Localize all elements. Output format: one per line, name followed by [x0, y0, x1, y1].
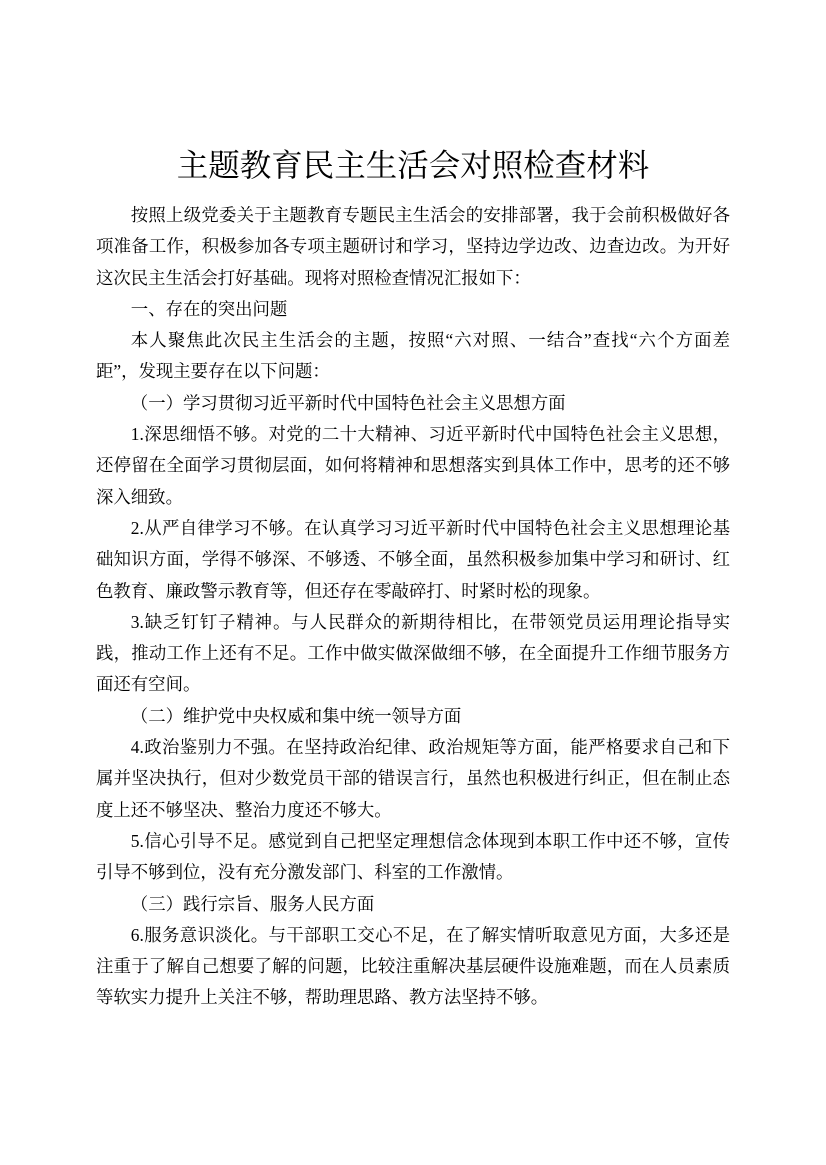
subheading-aspect-1: （一）学习贯彻习近平新时代中国特色社会主义思想方面	[96, 388, 730, 419]
document-content: 主题教育民主生活会对照检查材料 按照上级党委关于主题教育专题民主生活会的安排部署…	[96, 145, 730, 1014]
problem-item-5: 5.信心引导不足。感觉到自己把坚定理想信念体现到本职工作中还不够，宣传引导不够到…	[96, 826, 730, 889]
problem-item-4: 4.政治鉴别力不强。在坚持政治纪律、政治规矩等方面，能严格要求自己和下属并坚决执…	[96, 732, 730, 826]
problem-item-3: 3.缺乏钉钉子精神。与人民群众的新期待相比，在带领党员运用理论指导实践，推动工作…	[96, 607, 730, 701]
paragraph-focus: 本人聚焦此次民主生活会的主题，按照“六对照、一结合”查找“六个方面差距”，发现主…	[96, 325, 730, 388]
paragraph-intro: 按照上级党委关于主题教育专题民主生活会的安排部署，我于会前积极做好各项准备工作，…	[96, 200, 730, 294]
problem-item-2: 2.从严自律学习不够。在认真学习习近平新时代中国特色社会主义思想理论基础知识方面…	[96, 513, 730, 607]
problem-item-6: 6.服务意识淡化。与干部职工交心不足，在了解实情听取意见方面，大多还是注重于了解…	[96, 920, 730, 1014]
subheading-aspect-3: （三）践行宗旨、服务人民方面	[96, 889, 730, 920]
document-title: 主题教育民主生活会对照检查材料	[96, 145, 730, 187]
document-page: 主题教育民主生活会对照检查材料 按照上级党委关于主题教育专题民主生活会的安排部署…	[0, 0, 826, 1165]
problem-item-1: 1.深思细悟不够。对党的二十大精神、习近平新时代中国特色社会主义思想，还停留在全…	[96, 419, 730, 513]
subheading-aspect-2: （二）维护党中央权威和集中统一领导方面	[96, 701, 730, 732]
section-heading-problems: 一、存在的突出问题	[96, 294, 730, 325]
